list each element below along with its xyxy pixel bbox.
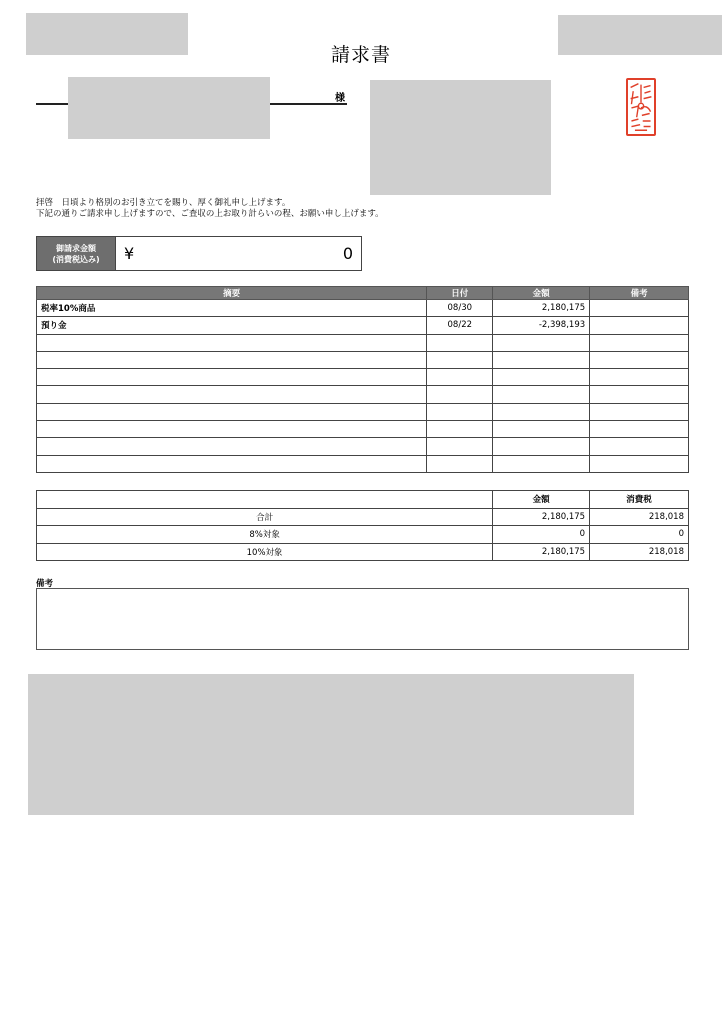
table-header-row: 摘要 日付 金額 備考 <box>37 287 689 300</box>
item-amount <box>493 369 590 386</box>
item-note <box>590 386 689 403</box>
currency-symbol: ¥ <box>124 244 134 263</box>
total-label-line: 御請求金額 <box>37 243 115 254</box>
item-amount <box>493 351 590 368</box>
invoice-total-value: ¥ 0 <box>115 237 361 270</box>
table-row: 預り金08/22-2,398,193 <box>37 317 689 334</box>
item-description <box>37 421 427 438</box>
item-note <box>590 455 689 472</box>
table-row <box>37 438 689 455</box>
item-date: 08/22 <box>427 317 493 334</box>
item-date <box>427 421 493 438</box>
total-label-line: (消費税込み) <box>37 254 115 265</box>
item-note <box>590 300 689 317</box>
total-amount: 0 <box>343 244 353 263</box>
invoice-total-box: 御請求金額 (消費税込み) ¥ 0 <box>36 236 362 271</box>
item-description <box>37 334 427 351</box>
table-row <box>37 421 689 438</box>
invoice-total-label: 御請求金額 (消費税込み) <box>37 237 115 270</box>
summary-amount: 2,180,175 <box>493 543 590 561</box>
item-note <box>590 403 689 420</box>
summary-row: 8%対象00 <box>37 526 689 544</box>
item-note <box>590 369 689 386</box>
summary-tax: 218,018 <box>590 543 689 561</box>
summary-label: 8%対象 <box>37 526 493 544</box>
item-description <box>37 351 427 368</box>
column-header-description: 摘要 <box>37 287 427 300</box>
item-note <box>590 334 689 351</box>
summary-label: 10%対象 <box>37 543 493 561</box>
summary-amount: 2,180,175 <box>493 508 590 526</box>
column-header-date: 日付 <box>427 287 493 300</box>
summary-tax: 218,018 <box>590 508 689 526</box>
item-note <box>590 317 689 334</box>
item-amount <box>493 438 590 455</box>
item-description <box>37 369 427 386</box>
redacted-recipient-name <box>68 77 270 139</box>
item-amount <box>493 455 590 472</box>
item-note <box>590 421 689 438</box>
column-header-amount: 金額 <box>493 287 590 300</box>
notes-box <box>36 588 689 650</box>
table-row <box>37 455 689 472</box>
document-title: 請求書 <box>0 40 722 67</box>
table-row: 税率10%商品08/302,180,175 <box>37 300 689 317</box>
line-items-table: 摘要 日付 金額 備考 税率10%商品08/302,180,175預り金08/2… <box>36 286 689 473</box>
summary-table: 金額 消費税 合計2,180,175218,0188%対象0010%対象2,18… <box>36 490 689 561</box>
company-seal-icon <box>626 78 656 136</box>
table-row <box>37 351 689 368</box>
item-amount <box>493 386 590 403</box>
column-header-note: 備考 <box>590 287 689 300</box>
redacted-bank-info <box>28 674 634 815</box>
item-date <box>427 351 493 368</box>
item-date <box>427 455 493 472</box>
item-description: 税率10%商品 <box>37 300 427 317</box>
item-description <box>37 403 427 420</box>
item-date <box>427 403 493 420</box>
summary-row: 合計2,180,175218,018 <box>37 508 689 526</box>
greeting-text: 拝啓 日頃より格別のお引き立てを賜り、厚く御礼申し上げます。 下記の通りご請求申… <box>36 198 384 220</box>
item-note <box>590 351 689 368</box>
summary-header-amount: 金額 <box>493 491 590 509</box>
table-row <box>37 403 689 420</box>
item-description <box>37 386 427 403</box>
summary-header-blank <box>37 491 493 509</box>
item-date <box>427 438 493 455</box>
item-amount: 2,180,175 <box>493 300 590 317</box>
summary-tax: 0 <box>590 526 689 544</box>
redacted-issuer-info <box>370 80 551 195</box>
item-description <box>37 438 427 455</box>
summary-label: 合計 <box>37 508 493 526</box>
summary-amount: 0 <box>493 526 590 544</box>
summary-row: 10%対象2,180,175218,018 <box>37 543 689 561</box>
summary-header-tax: 消費税 <box>590 491 689 509</box>
item-amount <box>493 334 590 351</box>
item-date <box>427 369 493 386</box>
table-row <box>37 369 689 386</box>
item-amount <box>493 421 590 438</box>
table-row <box>37 334 689 351</box>
recipient-underline <box>36 103 68 105</box>
item-note <box>590 438 689 455</box>
item-date: 08/30 <box>427 300 493 317</box>
greeting-line: 拝啓 日頃より格別のお引き立てを賜り、厚く御礼申し上げます。 <box>36 198 384 209</box>
item-description <box>37 455 427 472</box>
item-description: 預り金 <box>37 317 427 334</box>
honorific: 様 <box>335 89 345 104</box>
item-amount <box>493 403 590 420</box>
item-amount: -2,398,193 <box>493 317 590 334</box>
item-date <box>427 386 493 403</box>
summary-header-row: 金額 消費税 <box>37 491 689 509</box>
greeting-line: 下記の通りご請求申し上げますので、ご査収の上お取り計らいの程、お願い申し上げます… <box>36 209 384 220</box>
item-date <box>427 334 493 351</box>
table-row <box>37 386 689 403</box>
